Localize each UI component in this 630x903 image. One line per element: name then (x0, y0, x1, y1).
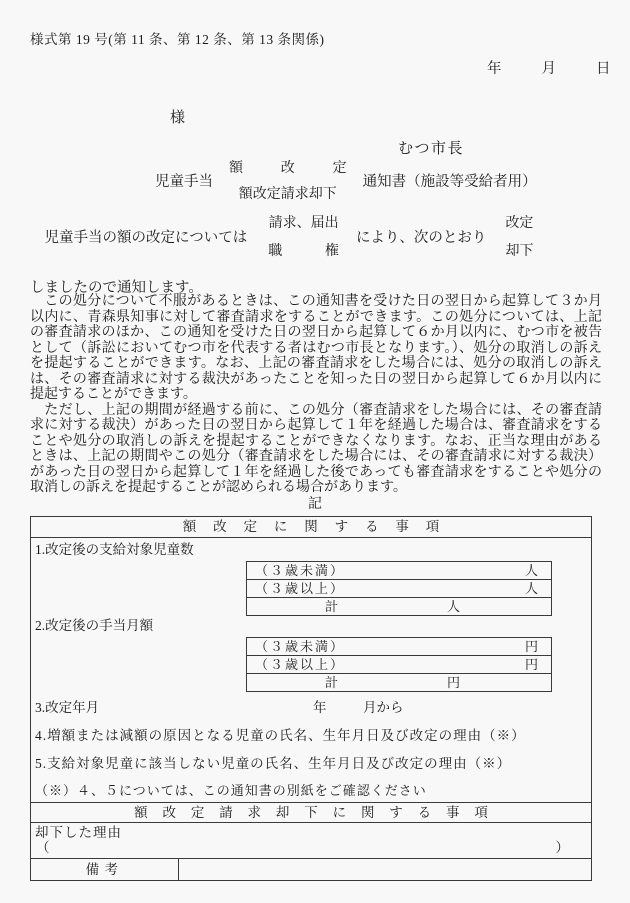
revision-year-label: 年 (313, 700, 327, 716)
item4-label: 4.増額または減額の原因となる児童の氏名、生年月日及び改定の理由（※） (31, 728, 591, 744)
revision-section-header: 額改定に関する事項 (31, 517, 591, 538)
rejection-reason-blank: （ ） (35, 840, 591, 855)
amount-under3-row: （３歳未満） 円 (247, 638, 551, 655)
title-option-stack: 額 改 定 額改定請求却下 (229, 157, 347, 203)
rejection-section-header: 額改定請求却下に関する事項 (31, 802, 591, 823)
intro-sentence: 児童手当の額の改定については 請求、届出 職 権 により、次のとおり 改定 却下 (30, 212, 533, 260)
unit-yen: 円 (447, 674, 460, 691)
appeal-notice: この処分について不服があるときは、この通知書を受けた日の翌日から起算して３か月以… (30, 294, 602, 496)
unit-persons: 人 (525, 580, 538, 597)
form-number: 様式第 19 号(第 11 条、第 12 条、第 13 条関係) (30, 28, 325, 48)
notification-table: 額改定に関する事項 1.改定後の支給対象児童数 （３歳未満） 人 （３歳以上） … (30, 516, 592, 881)
rejection-reason-label: 却下した理由 (35, 825, 591, 840)
date-year-label: 年 (487, 57, 502, 78)
revision-date-row: 3.改定年月 年 月から (31, 700, 591, 716)
addressee-suffix: 様 (170, 106, 185, 127)
item5-label: 5.支給対象児童に該当しない児童の氏名、生年月日及び改定の理由（※） (31, 756, 591, 772)
unit-yen: 円 (525, 656, 538, 673)
basis-option-request: 請求、届出 (269, 212, 339, 232)
unit-persons: 人 (447, 598, 460, 615)
issuer-name: むつ市長 (398, 137, 464, 158)
paren-open: （ (36, 840, 50, 855)
basis-option-stack: 請求、届出 職 権 (268, 212, 339, 260)
revision-section-body: 1.改定後の支給対象児童数 （３歳未満） 人 （３歳以上） 人 計 人 (31, 538, 591, 802)
unit-yen: 円 (525, 638, 538, 655)
remarks-value (179, 859, 591, 880)
unit-persons: 人 (525, 562, 538, 579)
amount-total-row: 計 円 (247, 673, 551, 691)
title-prefix: 児童手当 (155, 170, 213, 191)
item2-label: 2.改定後の手当月額 (31, 618, 591, 634)
remarks-label: 備考 (31, 859, 179, 880)
document-page: 様式第 19 号(第 11 条、第 12 条、第 13 条関係) 年 月 日 様… (0, 0, 630, 903)
date-month-label: 月 (542, 57, 557, 78)
total-label: 計 (325, 674, 338, 691)
result-option-revised: 改定 (505, 212, 533, 232)
revision-month-label: 月から (363, 700, 404, 716)
child-count-total-row: 計 人 (247, 597, 551, 615)
total-label: 計 (325, 598, 338, 615)
result-option-rejected: 却下 (505, 240, 533, 260)
remarks-row: 備考 (31, 858, 591, 880)
child-count-under3-row: （３歳未満） 人 (247, 562, 551, 579)
title-suffix: 通知書（施設等受給者用） (363, 170, 537, 191)
amount-over3-row: （３歳以上） 円 (247, 655, 551, 673)
appeal-paragraph-2: ただし、上記の期間が経過する前に、この処分（審査請求をした場合には、その審査請求… (30, 403, 602, 496)
monthly-amount-box: （３歳未満） 円 （３歳以上） 円 計 円 (246, 637, 552, 692)
item3-label: 3.改定年月 (35, 700, 99, 716)
basis-option-authority: 職 権 (268, 240, 344, 260)
appeal-paragraph-1: この処分について不服があるときは、この通知書を受けた日の翌日から起算して３か月以… (30, 294, 602, 403)
date-day-label: 日 (596, 57, 611, 78)
main-content: この処分について不服があるときは、この通知書を受けた日の翌日から起算して３か月以… (30, 294, 602, 881)
ki-marker: 記 (30, 497, 602, 513)
child-count-box: （３歳未満） 人 （３歳以上） 人 計 人 (246, 561, 552, 616)
item1-label: 1.改定後の支給対象児童数 (31, 542, 591, 558)
reference-note: （※）４、５については、この通知書の別紙をご確認ください (31, 783, 591, 800)
child-count-over3-row: （３歳以上） 人 (247, 579, 551, 597)
document-title: 児童手当 額 改 定 額改定請求却下 通知書（施設等受給者用） (155, 157, 537, 203)
result-option-stack: 改定 却下 (505, 212, 533, 260)
rejection-reason-cell: 却下した理由 （ ） (31, 823, 591, 858)
title-option-rejection: 額改定請求却下 (239, 183, 337, 203)
intro-lead: 児童手当の額の改定については (30, 226, 247, 247)
intro-mid: により、次のとおり (356, 226, 487, 247)
issue-date: 年 月 日 (487, 57, 611, 78)
title-option-revision: 額 改 定 (229, 157, 359, 177)
paren-close: ） (556, 840, 570, 855)
